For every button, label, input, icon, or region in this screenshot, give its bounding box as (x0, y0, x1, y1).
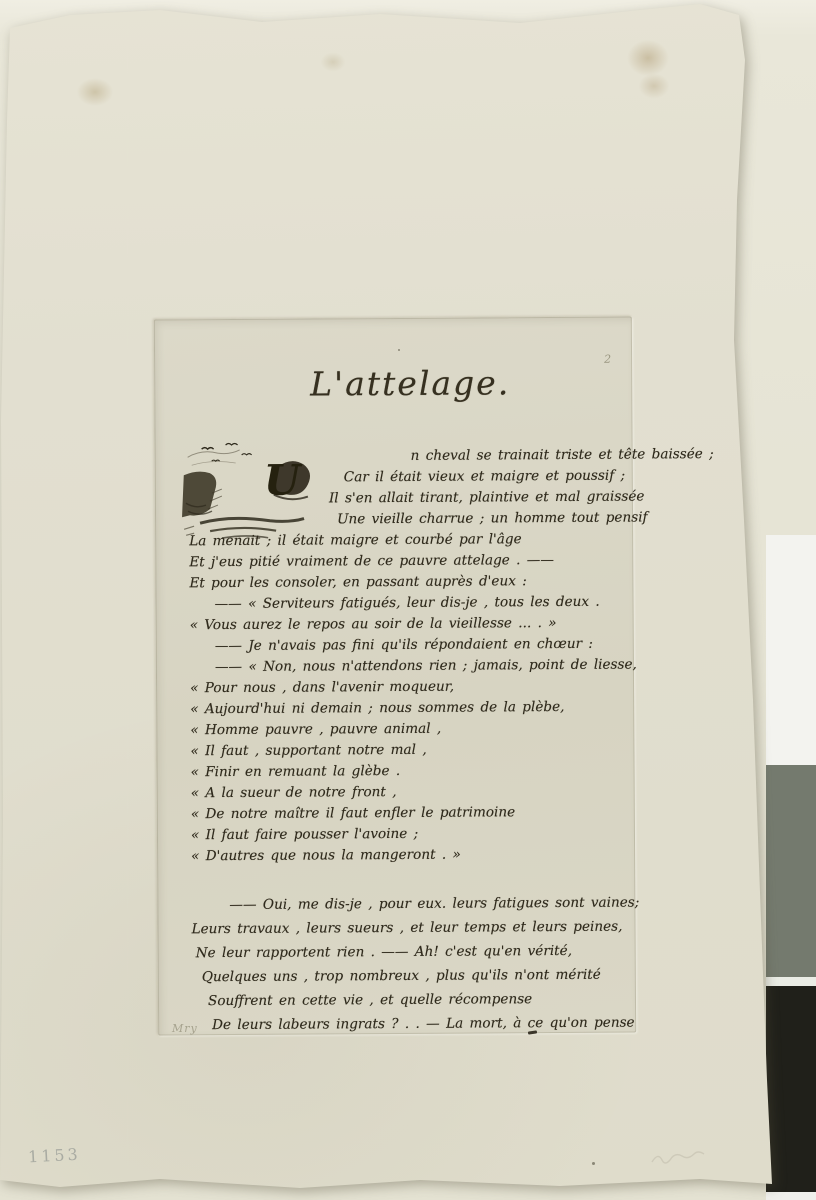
artwork-title: L'attelage. (154, 363, 632, 405)
etching-plate: L'attelage. 2 U (154, 317, 636, 1036)
poem-line: Il s'en allait tirant, plaintive et mal … (329, 487, 627, 510)
poem-stanza-2: —— Oui, me dis-je , pour eux. leurs fati… (191, 891, 630, 1038)
plate-corner-numeral: 2 (604, 353, 611, 366)
pencil-inscription: Mry (172, 1022, 198, 1035)
poem-line: « D'autres que nous la mangeront . » (191, 844, 629, 868)
poem-line: —— « Non, nous n'attendons rien ; jamais… (215, 655, 628, 679)
poem-line: « Homme pauvre , pauvre animal , (190, 718, 628, 742)
paper-speck (592, 1162, 595, 1165)
poem-line: Quelques uns , trop nombreux , plus qu'i… (202, 963, 630, 990)
poem-line: « Finir en remuant la glèbe . (191, 760, 629, 784)
poem-line: —— Je n'avais pas fini qu'ils répondaien… (215, 634, 628, 658)
poem-line: « Il faut , supportant notre mal , (190, 739, 628, 763)
poem-line: —— Oui, me dis-je , pour eux. leurs fati… (229, 891, 629, 917)
poem-line: Et pour les consoler, en passant auprès … (189, 571, 627, 595)
poem-line: Et j'eus pitié vraiment de ce pauvre att… (189, 550, 627, 574)
poem-line: « Il faut faire pousser l'avoine ; (191, 823, 629, 847)
paper-sheet-wrap: L'attelage. 2 U (0, 0, 816, 1200)
poem-stanza-1: n cheval se trainait triste et tête bais… (189, 445, 630, 868)
poem-line: « A la sueur de notre front , (191, 781, 629, 805)
poem-line: Car il était vieux et maigre et poussif … (344, 466, 627, 489)
poem-line: Souffrent en cette vie , et quelle récom… (208, 987, 630, 1014)
poem-line: La menait ; il était maigre et courbé pa… (189, 529, 627, 553)
poem-text: n cheval se trainait triste et tête bais… (189, 445, 631, 1038)
poem-line: De leurs labeurs ingrats ? . . — La mort… (212, 1011, 630, 1038)
poem-line: « Pour nous , dans l'avenir moqueur, (190, 676, 628, 700)
poem-line: « De notre maître il faut enfler le patr… (191, 802, 629, 826)
collection-stamp-number: 1153 (28, 1145, 82, 1167)
poem-line: n cheval se trainait triste et tête bais… (411, 445, 627, 467)
poem-line: « Vous aurez le repos au soir de la viei… (190, 613, 628, 637)
poem-line: « Aujourd'hui ni demain ; nous sommes de… (190, 697, 628, 721)
poem-line: Ne leur rapportent rien . —— Ah! c'est q… (196, 939, 630, 966)
poem-line: Leurs travaux , leurs sueurs , et leur t… (191, 915, 629, 942)
poem-line: —— « Serviteurs fatigués, leur dis-je , … (214, 592, 627, 616)
pencil-scribble (648, 1148, 708, 1168)
poem-line: Une vieille charrue ; un homme tout pens… (337, 508, 627, 531)
paper-speck (398, 349, 400, 351)
paper-sheet: L'attelage. 2 U (0, 0, 816, 1200)
